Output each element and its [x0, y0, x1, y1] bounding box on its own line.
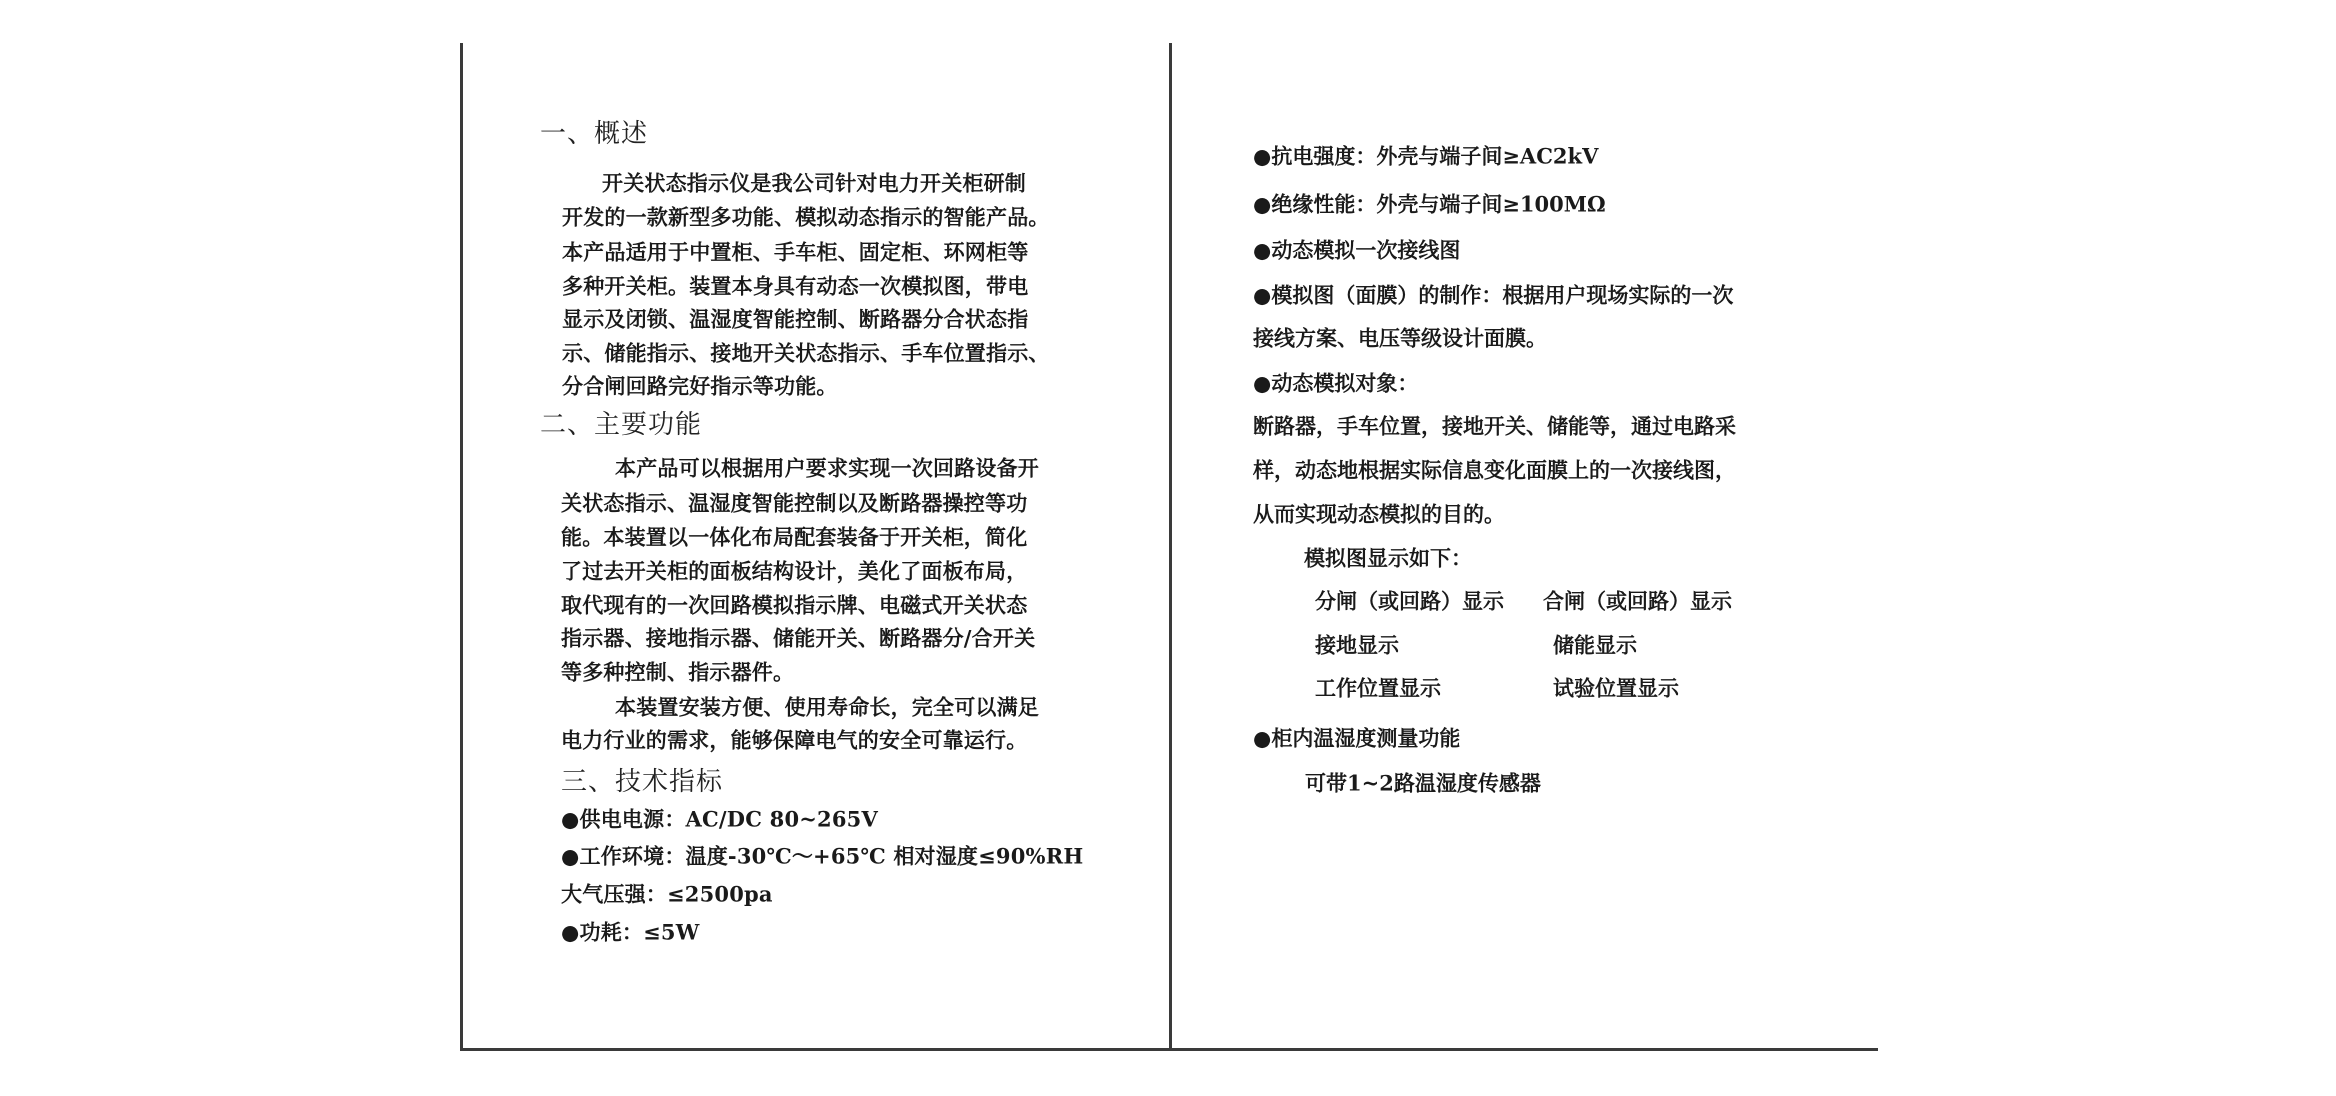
section-heading-tech-specs: 三、技术指标 [561, 769, 723, 795]
overview-line: 分合闸回路完好指示等功能。 [562, 376, 838, 397]
functions-line: 本产品可以根据用户要求实现一次回路设备开 [615, 458, 1039, 479]
functions-line: 关状态指示、温湿度智能控制以及断路器操控等功 [561, 493, 1027, 514]
display-open-circuit: 分闸（或回路）显示 [1315, 591, 1504, 612]
feature-dynamic-diagram: ●动态模拟一次接线图 [1253, 240, 1460, 261]
feature-dynamic-objects: ●动态模拟对象： [1253, 373, 1418, 394]
feature-temp-humidity: ●柜内温湿度测量功能 [1253, 728, 1460, 749]
spec-power-consumption: ●功耗：≤5W [561, 922, 700, 943]
spec-environment: ●工作环境：温度-30℃～+65℃ 相对湿度≤90%RH [561, 846, 1083, 867]
overview-line: 开发的一款新型多功能、模拟动态指示的智能产品。 [562, 207, 1050, 228]
left-page-border [460, 43, 463, 1050]
overview-line: 本产品适用于中置柜、手车柜、固定柜、环网柜等 [562, 242, 1028, 263]
overview-line: 多种开关柜。装置本身具有动态一次模拟图，带电 [562, 276, 1028, 297]
overview-line: 开关状态指示仪是我公司针对电力开关柜研制 [602, 173, 1026, 194]
feature-panel-making: ●模拟图（面膜）的制作：根据用户现场实际的一次 [1253, 285, 1733, 306]
display-grounding: 接地显示 [1315, 635, 1399, 656]
functions-line: 指示器、接地指示器、储能开关、断路器分/合开关 [561, 628, 1035, 649]
dynamic-objects-line: 断路器，手车位置，接地开关、储能等，通过电路采 [1253, 416, 1736, 437]
functions-line: 等多种控制、指示器件。 [561, 662, 794, 683]
display-working-position: 工作位置显示 [1315, 678, 1441, 699]
display-intro: 模拟图显示如下： [1304, 548, 1472, 569]
functions-line: 了过去开关柜的面板结构设计，美化了面板布局， [561, 561, 1027, 582]
spec-dielectric-strength: ●抗电强度：外壳与端子间≥AC2kV [1253, 146, 1598, 167]
section-heading-main-functions: 二、主要功能 [540, 412, 702, 438]
functions-line: 电力行业的需求，能够保障电气的安全可靠运行。 [561, 730, 1027, 751]
section-heading-overview: 一、概述 [540, 121, 648, 147]
spec-insulation: ●绝缘性能：外壳与端子间≥100MΩ [1253, 194, 1606, 215]
overview-line: 示、储能指示、接地开关状态指示、手车位置指示、 [562, 343, 1050, 364]
feature-panel-making-cont: 接线方案、电压等级设计面膜。 [1253, 328, 1547, 349]
bottom-page-border [460, 1048, 1878, 1051]
page-divider [1169, 43, 1172, 1050]
display-closed-circuit: 合闸（或回路）显示 [1543, 591, 1732, 612]
overview-line: 显示及闭锁、温湿度智能控制、断路器分合状态指 [562, 309, 1028, 330]
functions-line: 能。本装置以一体化布局配套装备于开关柜，简化 [561, 527, 1027, 548]
display-test-position: 试验位置显示 [1553, 678, 1679, 699]
functions-line: 本装置安装方便、使用寿命长，完全可以满足 [615, 697, 1039, 718]
spec-power-supply: ●供电电源：AC/DC 80~265V [561, 809, 878, 830]
functions-line: 取代现有的一次回路模拟指示牌、电磁式开关状态 [561, 595, 1027, 616]
temp-humidity-detail: 可带1~2路温湿度传感器 [1305, 773, 1541, 794]
spec-pressure: 大气压强：≤2500pa [561, 884, 773, 905]
display-energy-storage: 储能显示 [1553, 635, 1637, 656]
dynamic-objects-line: 样，动态地根据实际信息变化面膜上的一次接线图， [1253, 460, 1736, 481]
dynamic-objects-line: 从而实现动态模拟的目的。 [1253, 504, 1505, 525]
